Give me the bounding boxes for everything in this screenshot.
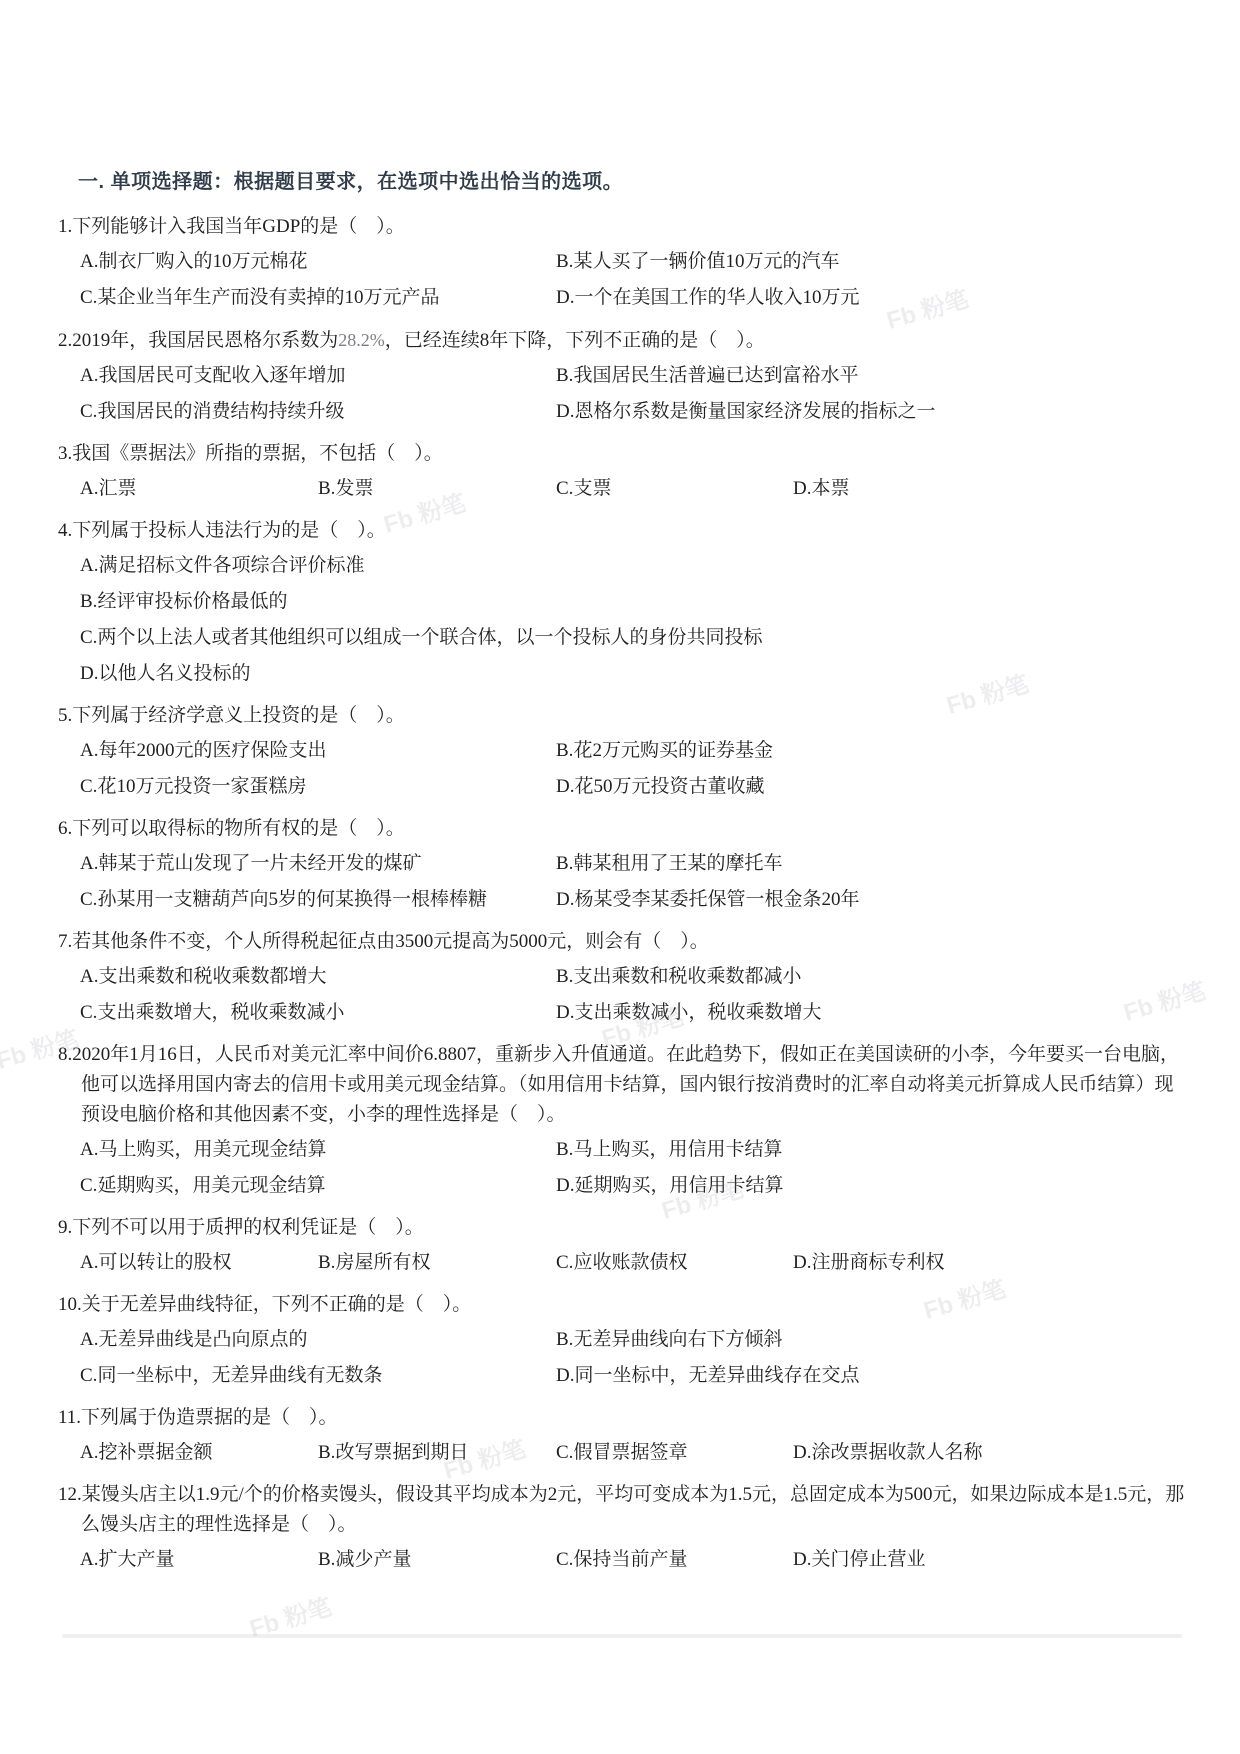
stem-text: 某馒头店主以1.9元/个的价格卖馒头，假设其平均成本为2元，平均可变成本为1.5…	[81, 1484, 1184, 1535]
question: 1.下列能够计入我国当年GDP的是（ ）。A.制衣厂购入的10万元棉花B.某人买…	[58, 212, 1186, 312]
option-label: C.	[80, 1365, 97, 1386]
option-text: 某企业当年生产而没有卖掉的10万元产品	[97, 287, 439, 308]
option-label: D.	[793, 1252, 811, 1273]
option-label: C.	[556, 1252, 573, 1273]
option-text: 关门停止营业	[811, 1549, 925, 1570]
options-group: A.支出乘数和税收乘数都增大B.支出乘数和税收乘数都减小C.支出乘数增大，税收乘…	[58, 962, 1186, 1027]
question: 8.2020年1月16日，人民币对美元汇率中间价6.8807，重新步入升值通道。…	[58, 1040, 1186, 1200]
option-label: D.	[556, 287, 574, 308]
option-text: 我国居民生活普遍已达到富裕水平	[573, 365, 858, 386]
option-text: 保持当前产量	[573, 1549, 687, 1570]
option-label: B.	[556, 1139, 573, 1160]
option-text: 某人买了一辆价值10万元的汽车	[573, 251, 839, 272]
option-text: 假冒票据签章	[573, 1442, 687, 1463]
options-group: A.扩大产量B.减少产量C.保持当前产量D.关门停止营业	[58, 1545, 1186, 1574]
stem-text: 关于无差异曲线特征，下列不正确的是（ ）。	[82, 1294, 472, 1315]
option-text: 扩大产量	[98, 1549, 174, 1570]
options-group: A.每年2000元的医疗保险支出B.花2万元购买的证券基金C.花10万元投资一家…	[58, 736, 1186, 801]
option-label: B.	[318, 478, 335, 499]
option-text: 注册商标专利权	[811, 1252, 944, 1273]
option-text: 同一坐标中，无差异曲线有无数条	[97, 1365, 382, 1386]
stem-text: ，已经连续8年下降，下列不正确的是（ ）。	[385, 330, 765, 351]
option-text: 支票	[573, 478, 611, 499]
option-text: 本票	[811, 478, 849, 499]
option-c: C.保持当前产量	[556, 1545, 793, 1574]
stem-text: 若其他条件不变，个人所得税起征点由3500元提高为5000元，则会有（ ）。	[72, 931, 709, 952]
option-text: 同一坐标中，无差异曲线存在交点	[574, 1365, 859, 1386]
page-divider	[62, 1634, 1182, 1638]
option-label: B.	[556, 1329, 573, 1350]
stem-text: 下列属于投标人违法行为的是（ ）。	[72, 520, 386, 541]
question: 4.下列属于投标人违法行为的是（ ）。A.满足招标文件各项综合评价标准B.经评审…	[58, 516, 1186, 688]
option-b: B.改写票据到期日	[318, 1438, 556, 1467]
option-b: B.马上购买，用信用卡结算	[556, 1135, 1186, 1164]
question-number: 2.	[58, 330, 72, 351]
option-label: A.	[80, 740, 98, 761]
option-b: B.花2万元购买的证券基金	[556, 736, 1186, 765]
question-number: 5.	[58, 705, 72, 726]
option-a: A.支出乘数和税收乘数都增大	[80, 962, 556, 991]
option-d: D.恩格尔系数是衡量国家经济发展的指标之一	[556, 397, 1186, 426]
option-a: A.我国居民可支配收入逐年增加	[80, 361, 556, 390]
option-text: 无差异曲线是凸向原点的	[98, 1329, 307, 1350]
option-text: 支出乘数增大，税收乘数减小	[97, 1002, 344, 1023]
question: 6.下列可以取得标的物所有权的是（ ）。A.韩某于荒山发现了一片未经开发的煤矿B…	[58, 814, 1186, 914]
option-text: 无差异曲线向右下方倾斜	[573, 1329, 782, 1350]
option-label: A.	[80, 365, 98, 386]
options-group: A.我国居民可支配收入逐年增加B.我国居民生活普遍已达到富裕水平C.我国居民的消…	[58, 361, 1186, 426]
option-b: B.发票	[318, 474, 556, 503]
option-c: C.假冒票据签章	[556, 1438, 793, 1467]
option-d: D.支出乘数减小，税收乘数增大	[556, 998, 1186, 1027]
stem-text: 2019年，我国居民恩格尔系数为	[72, 330, 338, 351]
option-label: A.	[80, 478, 98, 499]
question-number: 6.	[58, 818, 72, 839]
option-d: D.涂改票据收款人名称	[793, 1438, 1186, 1467]
option-text: 花50万元投资古董收藏	[574, 776, 764, 797]
option-label: A.	[80, 1549, 98, 1570]
question: 7.若其他条件不变，个人所得税起征点由3500元提高为5000元，则会有（ ）。…	[58, 927, 1186, 1027]
option-text: 马上购买，用信用卡结算	[573, 1139, 782, 1160]
option-d: D.花50万元投资古董收藏	[556, 772, 1186, 801]
option-label: B.	[556, 365, 573, 386]
question-number: 11.	[58, 1407, 81, 1428]
option-text: 改写票据到期日	[335, 1442, 468, 1463]
question: 2.2019年，我国居民恩格尔系数为28.2%，已经连续8年下降，下列不正确的是…	[58, 325, 1186, 426]
option-text: 支出乘数和税收乘数都增大	[98, 966, 326, 987]
question-stem: 10.关于无差异曲线特征，下列不正确的是（ ）。	[58, 1290, 1186, 1320]
option-c: C.同一坐标中，无差异曲线有无数条	[80, 1361, 556, 1390]
question: 9.下列不可以用于质押的权利凭证是（ ）。A.可以转让的股权B.房屋所有权C.应…	[58, 1213, 1186, 1277]
option-label: C.	[80, 1175, 97, 1196]
option-a: A.制衣厂购入的10万元棉花	[80, 247, 556, 276]
option-b: B.房屋所有权	[318, 1248, 556, 1277]
options-group: A.无差异曲线是凸向原点的B.无差异曲线向右下方倾斜C.同一坐标中，无差异曲线有…	[58, 1325, 1186, 1390]
question-number: 10.	[58, 1294, 82, 1315]
option-a: A.韩某于荒山发现了一片未经开发的煤矿	[80, 849, 556, 878]
option-text: 房屋所有权	[335, 1252, 430, 1273]
question-number: 1.	[58, 216, 72, 237]
option-a: A.扩大产量	[80, 1545, 318, 1574]
option-label: C.	[556, 478, 573, 499]
option-label: D.	[556, 889, 574, 910]
options-group: A.可以转让的股权B.房屋所有权C.应收账款债权D.注册商标专利权	[58, 1248, 1186, 1277]
stem-text: 下列属于经济学意义上投资的是（ ）。	[72, 705, 405, 726]
option-b: B.支出乘数和税收乘数都减小	[556, 962, 1186, 991]
option-label: B.	[318, 1549, 335, 1570]
option-d: D.本票	[793, 474, 1186, 503]
question-stem: 6.下列可以取得标的物所有权的是（ ）。	[58, 814, 1186, 844]
question-number: 12.	[58, 1484, 82, 1505]
option-c: C.花10万元投资一家蛋糕房	[80, 772, 556, 801]
option-label: D.	[556, 1002, 574, 1023]
option-c: C.我国居民的消费结构持续升级	[80, 397, 556, 426]
option-label: D.	[80, 663, 98, 684]
option-b: B.我国居民生活普遍已达到富裕水平	[556, 361, 1186, 390]
option-label: D.	[793, 1442, 811, 1463]
question-number: 4.	[58, 520, 72, 541]
option-text: 涂改票据收款人名称	[811, 1442, 982, 1463]
option-label: B.	[318, 1252, 335, 1273]
option-label: C.	[80, 889, 97, 910]
question-stem: 11.下列属于伪造票据的是（ ）。	[58, 1403, 1186, 1433]
question-stem: 2.2019年，我国居民恩格尔系数为28.2%，已经连续8年下降，下列不正确的是…	[58, 325, 1186, 356]
question-stem: 7.若其他条件不变，个人所得税起征点由3500元提高为5000元，则会有（ ）。	[58, 927, 1186, 957]
option-text: 孙某用一支糖葫芦向5岁的何某换得一根棒棒糖	[97, 889, 487, 910]
question: 3.我国《票据法》所指的票据，不包括（ ）。A.汇票B.发票C.支票D.本票	[58, 439, 1186, 503]
question-stem: 12.某馒头店主以1.9元/个的价格卖馒头，假设其平均成本为2元，平均可变成本为…	[58, 1480, 1186, 1540]
question: 10.关于无差异曲线特征，下列不正确的是（ ）。A.无差异曲线是凸向原点的B.无…	[58, 1290, 1186, 1390]
options-group: A.韩某于荒山发现了一片未经开发的煤矿B.韩某租用了王某的摩托车C.孙某用一支糖…	[58, 849, 1186, 914]
option-d: D.以他人名义投标的	[80, 659, 1186, 688]
option-text: 马上购买，用美元现金结算	[98, 1139, 326, 1160]
option-label: C.	[80, 776, 97, 797]
question: 12.某馒头店主以1.9元/个的价格卖馒头，假设其平均成本为2元，平均可变成本为…	[58, 1480, 1186, 1574]
option-label: C.	[80, 1002, 97, 1023]
option-text: 我国居民可支配收入逐年增加	[98, 365, 345, 386]
question-number: 9.	[58, 1217, 72, 1238]
option-label: B.	[556, 251, 573, 272]
exam-content: 一. 单项选择题：根据题目要求，在选项中选出恰当的选项。 1.下列能够计入我国当…	[58, 168, 1186, 1587]
option-label: A.	[80, 1252, 98, 1273]
option-text: 我国居民的消费结构持续升级	[97, 401, 344, 422]
section-title: 一. 单项选择题：根据题目要求，在选项中选出恰当的选项。	[58, 168, 1186, 196]
options-group: A.汇票B.发票C.支票D.本票	[58, 474, 1186, 503]
option-label: C.	[556, 1549, 573, 1570]
option-label: A.	[80, 853, 98, 874]
option-c: C.孙某用一支糖葫芦向5岁的何某换得一根棒棒糖	[80, 885, 556, 914]
option-c: C.应收账款债权	[556, 1248, 793, 1277]
option-label: B.	[556, 740, 573, 761]
option-label: A.	[80, 1329, 98, 1350]
options-group: A.挖补票据金额B.改写票据到期日C.假冒票据签章D.涂改票据收款人名称	[58, 1438, 1186, 1467]
option-d: D.一个在美国工作的华人收入10万元	[556, 283, 1186, 312]
option-a: A.无差异曲线是凸向原点的	[80, 1325, 556, 1354]
option-text: 花10万元投资一家蛋糕房	[97, 776, 306, 797]
option-d: D.注册商标专利权	[793, 1248, 1186, 1277]
option-text: 韩某于荒山发现了一片未经开发的煤矿	[98, 853, 421, 874]
option-b: B.韩某租用了王某的摩托车	[556, 849, 1186, 878]
option-label: D.	[556, 776, 574, 797]
option-text: 恩格尔系数是衡量国家经济发展的指标之一	[574, 401, 935, 422]
option-text: 支出乘数和税收乘数都减小	[573, 966, 801, 987]
stem-text: 下列能够计入我国当年GDP的是（ ）。	[72, 216, 405, 237]
option-label: A.	[80, 966, 98, 987]
option-c: C.延期购买，用美元现金结算	[80, 1171, 556, 1200]
option-text: 汇票	[98, 478, 136, 499]
option-label: D.	[793, 478, 811, 499]
option-label: A.	[80, 555, 98, 576]
option-b: B.减少产量	[318, 1545, 556, 1574]
option-d: D.同一坐标中，无差异曲线存在交点	[556, 1361, 1186, 1390]
question-stem: 9.下列不可以用于质押的权利凭证是（ ）。	[58, 1213, 1186, 1243]
option-text: 制衣厂购入的10万元棉花	[98, 251, 307, 272]
option-label: A.	[80, 1442, 98, 1463]
option-label: A.	[80, 251, 98, 272]
option-text: 杨某受李某委托保管一根金条20年	[574, 889, 859, 910]
option-a: A.马上购买，用美元现金结算	[80, 1135, 556, 1164]
question-stem: 3.我国《票据法》所指的票据，不包括（ ）。	[58, 439, 1186, 469]
option-label: D.	[793, 1549, 811, 1570]
option-b: B.经评审投标价格最低的	[80, 587, 1186, 616]
option-text: 花2万元购买的证券基金	[573, 740, 773, 761]
option-d: D.杨某受李某委托保管一根金条20年	[556, 885, 1186, 914]
option-label: B.	[556, 966, 573, 987]
option-text: 可以转让的股权	[98, 1252, 231, 1273]
option-text: 应收账款债权	[573, 1252, 687, 1273]
option-label: B.	[556, 853, 573, 874]
question: 5.下列属于经济学意义上投资的是（ ）。A.每年2000元的医疗保险支出B.花2…	[58, 701, 1186, 801]
option-b: B.某人买了一辆价值10万元的汽车	[556, 247, 1186, 276]
question-stem: 8.2020年1月16日，人民币对美元汇率中间价6.8807，重新步入升值通道。…	[58, 1040, 1186, 1130]
option-a: A.满足招标文件各项综合评价标准	[80, 551, 1186, 580]
options-group: A.制衣厂购入的10万元棉花B.某人买了一辆价值10万元的汽车C.某企业当年生产…	[58, 247, 1186, 312]
option-c: C.支票	[556, 474, 793, 503]
stem-highlight: 28.2%	[338, 330, 385, 350]
question: 11.下列属于伪造票据的是（ ）。A.挖补票据金额B.改写票据到期日C.假冒票据…	[58, 1403, 1186, 1467]
option-text: 两个以上法人或者其他组织可以组成一个联合体，以一个投标人的身份共同投标	[97, 627, 762, 648]
options-group: A.马上购买，用美元现金结算B.马上购买，用信用卡结算C.延期购买，用美元现金结…	[58, 1135, 1186, 1200]
option-d: D.延期购买，用信用卡结算	[556, 1171, 1186, 1200]
option-label: C.	[80, 627, 97, 648]
option-label: B.	[318, 1442, 335, 1463]
option-text: 挖补票据金额	[98, 1442, 212, 1463]
option-text: 满足招标文件各项综合评价标准	[98, 555, 364, 576]
option-label: D.	[556, 1175, 574, 1196]
question-number: 8.	[58, 1044, 72, 1065]
question-number: 7.	[58, 931, 72, 952]
question-stem: 5.下列属于经济学意义上投资的是（ ）。	[58, 701, 1186, 731]
option-text: 经评审投标价格最低的	[97, 591, 287, 612]
option-c: C.某企业当年生产而没有卖掉的10万元产品	[80, 283, 556, 312]
option-label: D.	[556, 401, 574, 422]
option-text: 减少产量	[335, 1549, 411, 1570]
option-text: 延期购买，用美元现金结算	[97, 1175, 325, 1196]
option-text: 韩某租用了王某的摩托车	[573, 853, 782, 874]
question-stem: 4.下列属于投标人违法行为的是（ ）。	[58, 516, 1186, 546]
option-label: D.	[556, 1365, 574, 1386]
option-label: A.	[80, 1139, 98, 1160]
question-list: 1.下列能够计入我国当年GDP的是（ ）。A.制衣厂购入的10万元棉花B.某人买…	[58, 212, 1186, 1574]
option-text: 一个在美国工作的华人收入10万元	[574, 287, 859, 308]
option-c: C.两个以上法人或者其他组织可以组成一个联合体，以一个投标人的身份共同投标	[80, 623, 1186, 652]
option-d: D.关门停止营业	[793, 1545, 1186, 1574]
option-text: 以他人名义投标的	[98, 663, 250, 684]
option-a: A.挖补票据金额	[80, 1438, 318, 1467]
option-a: A.可以转让的股权	[80, 1248, 318, 1277]
question-stem: 1.下列能够计入我国当年GDP的是（ ）。	[58, 212, 1186, 242]
option-label: B.	[80, 591, 97, 612]
stem-text: 下列可以取得标的物所有权的是（ ）。	[72, 818, 405, 839]
option-text: 支出乘数减小，税收乘数增大	[574, 1002, 821, 1023]
question-number: 3.	[58, 443, 72, 464]
option-c: C.支出乘数增大，税收乘数减小	[80, 998, 556, 1027]
option-label: C.	[556, 1442, 573, 1463]
option-label: C.	[80, 401, 97, 422]
stem-text: 2020年1月16日，人民币对美元汇率中间价6.8807，重新步入升值通道。在此…	[72, 1044, 1179, 1125]
option-b: B.无差异曲线向右下方倾斜	[556, 1325, 1186, 1354]
option-text: 延期购买，用信用卡结算	[574, 1175, 783, 1196]
option-label: C.	[80, 287, 97, 308]
option-a: A.汇票	[80, 474, 318, 503]
stem-text: 我国《票据法》所指的票据，不包括（ ）。	[72, 443, 443, 464]
options-group: A.满足招标文件各项综合评价标准B.经评审投标价格最低的C.两个以上法人或者其他…	[58, 551, 1186, 688]
option-text: 发票	[335, 478, 373, 499]
stem-text: 下列不可以用于质押的权利凭证是（ ）。	[72, 1217, 424, 1238]
option-a: A.每年2000元的医疗保险支出	[80, 736, 556, 765]
option-text: 每年2000元的医疗保险支出	[98, 740, 326, 761]
stem-text: 下列属于伪造票据的是（ ）。	[81, 1407, 338, 1428]
